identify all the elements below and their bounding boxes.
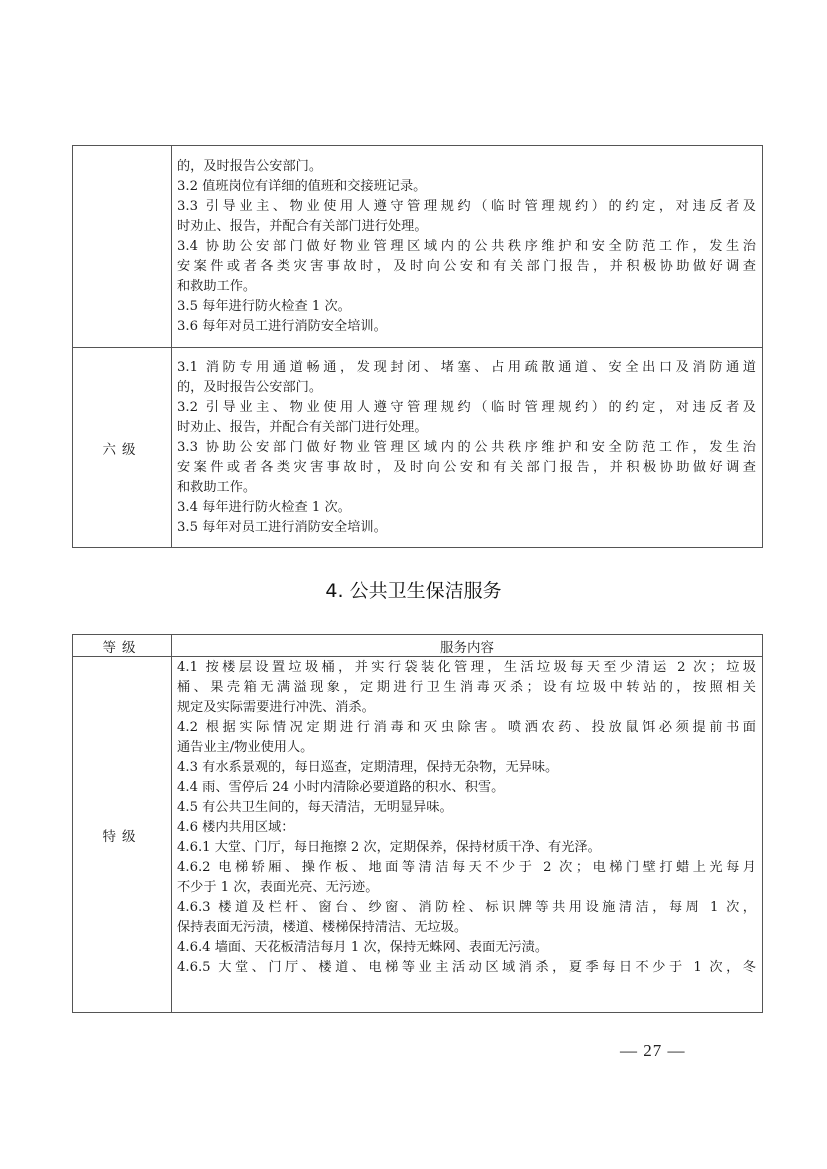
content-line: 3.2 引导业主、物业使用人遵守管理规约（临时管理规约）的约定，对违反者及 xyxy=(177,398,756,418)
content-line: 4.5 有公共卫生间的，每天清洁，无明显异味。 xyxy=(177,798,756,818)
content-line: 4.3 有水系景观的，每日巡查，定期清理，保持无杂物，无异味。 xyxy=(177,758,756,778)
table-row: 六级 3.1 消防专用通道畅通，发现封闭、堵塞、占用疏散通道、安全出口及消防通道… xyxy=(73,348,763,548)
content-line: 时劝止、报告，并配合有关部门进行处理。 xyxy=(177,418,756,438)
content-line: 4.6 楼内共用区域： xyxy=(177,818,756,838)
content-line: 和救助工作。 xyxy=(177,478,756,498)
content-line: 通告业主/物业使用人。 xyxy=(177,738,756,758)
content-line: 3.3 协助公安部门做好物业管理区域内的公共秩序维护和安全防范工作，发生治 xyxy=(177,438,756,458)
content-line: 桶、果壳箱无满溢现象，定期进行卫生消毒灭杀；设有垃圾中转站的，按照相关 xyxy=(177,678,756,698)
cleaning-service-table: 等级 服务内容 特级 4.1 按楼层设置垃圾桶，并实行袋装化管理，生活垃圾每天至… xyxy=(72,634,763,1013)
table-header-row: 等级 服务内容 xyxy=(73,635,763,657)
level-cell: 六级 xyxy=(73,348,172,548)
table-row: 的，及时报告公安部门。 3.2 值班岗位有详细的值班和交接班记录。 3.3 引导… xyxy=(73,146,763,348)
content-line: 4.1 按楼层设置垃圾桶，并实行袋装化管理，生活垃圾每天至少清运 2 次；垃圾 xyxy=(177,658,756,678)
content-line: 3.4 协助公安部门做好物业管理区域内的公共秩序维护和安全防范工作，发生治 xyxy=(177,237,756,257)
content-cell: 4.1 按楼层设置垃圾桶，并实行袋装化管理，生活垃圾每天至少清运 2 次；垃圾 … xyxy=(172,657,763,1013)
section-title: 4. 公共卫生保洁服务 xyxy=(0,576,827,603)
content-line: 3.5 每年进行防火检查 1 次。 xyxy=(177,297,756,317)
content-line: 4.6.3 楼道及栏杆、窗台、纱窗、消防栓、标识牌等共用设施清洁，每周 1 次， xyxy=(177,898,756,918)
page-number: — 27 — xyxy=(620,1041,686,1061)
content-line: 3.3 引导业主、物业使用人遵守管理规约（临时管理规约）的约定，对违反者及 xyxy=(177,197,756,217)
content-line: 安案件或者各类灾害事故时，及时向公安和有关部门报告，并积极协助做好调查 xyxy=(177,257,756,277)
content-line: 3.6 每年对员工进行消防安全培训。 xyxy=(177,317,756,337)
content-line: 3.2 值班岗位有详细的值班和交接班记录。 xyxy=(177,177,756,197)
content-line: 安案件或者各类灾害事故时，及时向公安和有关部门报告，并积极协助做好调查 xyxy=(177,458,756,478)
level-cell xyxy=(73,146,172,348)
content-line: 时劝止、报告，并配合有关部门进行处理。 xyxy=(177,217,756,237)
header-content: 服务内容 xyxy=(172,635,763,657)
content-line: 规定及实际需要进行冲洗、消杀。 xyxy=(177,698,756,718)
content-line: 和救助工作。 xyxy=(177,277,756,297)
content-line: 4.4 雨、雪停后 24 小时内清除必要道路的积水、积雪。 xyxy=(177,778,756,798)
content-line: 的，及时报告公安部门。 xyxy=(177,378,756,398)
content-line: 4.6.1 大堂、门厅，每日拖擦 2 次，定期保养，保持材质干净、有光泽。 xyxy=(177,838,756,858)
content-line: 4.2 根据实际情况定期进行消毒和灭虫除害。喷洒农药、投放鼠饵必须提前书面 xyxy=(177,718,756,738)
content-line: 的，及时报告公安部门。 xyxy=(177,157,756,177)
header-level: 等级 xyxy=(73,635,172,657)
content-cell: 3.1 消防专用通道畅通，发现封闭、堵塞、占用疏散通道、安全出口及消防通道 的，… xyxy=(172,348,763,548)
content-cell: 的，及时报告公安部门。 3.2 值班岗位有详细的值班和交接班记录。 3.3 引导… xyxy=(172,146,763,348)
content-line: 4.6.4 墙面、天花板清洁每月 1 次，保持无蛛网、表面无污渍。 xyxy=(177,938,756,958)
content-line: 不少于 1 次，表面光亮、无污迹。 xyxy=(177,878,756,898)
level-cell: 特级 xyxy=(73,657,172,1013)
content-line: 3.5 每年对员工进行消防安全培训。 xyxy=(177,518,756,538)
table-row: 特级 4.1 按楼层设置垃圾桶，并实行袋装化管理，生活垃圾每天至少清运 2 次；… xyxy=(73,657,763,1013)
content-line: 保持表面无污渍，楼道、楼梯保持清洁、无垃圾。 xyxy=(177,918,756,938)
content-line: 4.6.2 电梯轿厢、操作板、地面等清洁每天不少于 2 次；电梯门壁打蜡上光每月 xyxy=(177,858,756,878)
content-line: 3.4 每年进行防火检查 1 次。 xyxy=(177,498,756,518)
security-service-table: 的，及时报告公安部门。 3.2 值班岗位有详细的值班和交接班记录。 3.3 引导… xyxy=(72,145,763,548)
content-line: 3.1 消防专用通道畅通，发现封闭、堵塞、占用疏散通道、安全出口及消防通道 xyxy=(177,358,756,378)
content-line: 4.6.5 大堂、门厅、楼道、电梯等业主活动区域消杀，夏季每日不少于 1 次，冬 xyxy=(177,958,756,978)
